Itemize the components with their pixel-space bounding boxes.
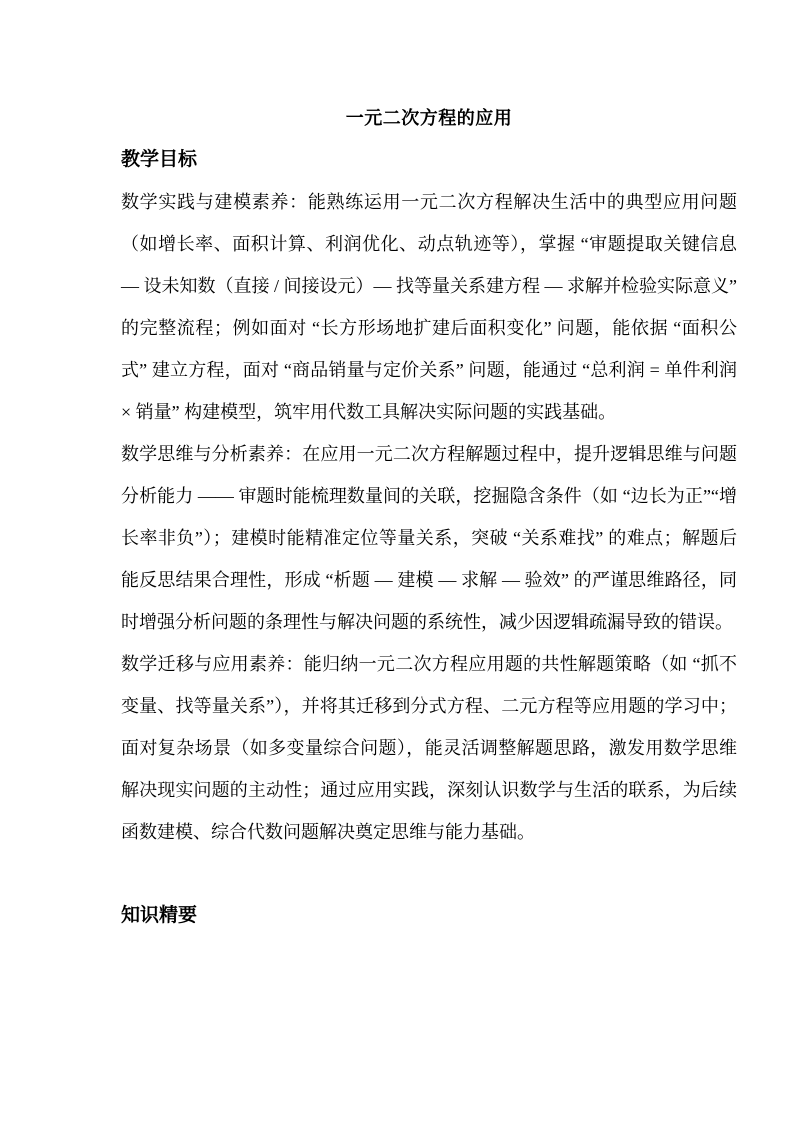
- paragraph-practice-modeling-literacy: 数学实践与建模素养：能熟练运用一元二次方程解决生活中的典型应用问题（如增长率、面…: [121, 181, 737, 433]
- section-heading-knowledge-essentials: 知识精要: [121, 895, 737, 937]
- paragraph-thinking-analysis-literacy: 数学思维与分析素养：在应用一元二次方程解题过程中，提升逻辑思维与问题分析能力 —…: [121, 433, 737, 643]
- document-title: 一元二次方程的应用: [121, 97, 737, 139]
- document-page: 一元二次方程的应用 教学目标 数学实践与建模素养：能熟练运用一元二次方程解决生活…: [0, 0, 794, 1123]
- section-heading-teaching-objectives: 教学目标: [121, 139, 737, 181]
- paragraph-transfer-application-literacy: 数学迁移与应用素养：能归纳一元二次方程应用题的共性解题策略（如 “抓不变量、找等…: [121, 643, 737, 853]
